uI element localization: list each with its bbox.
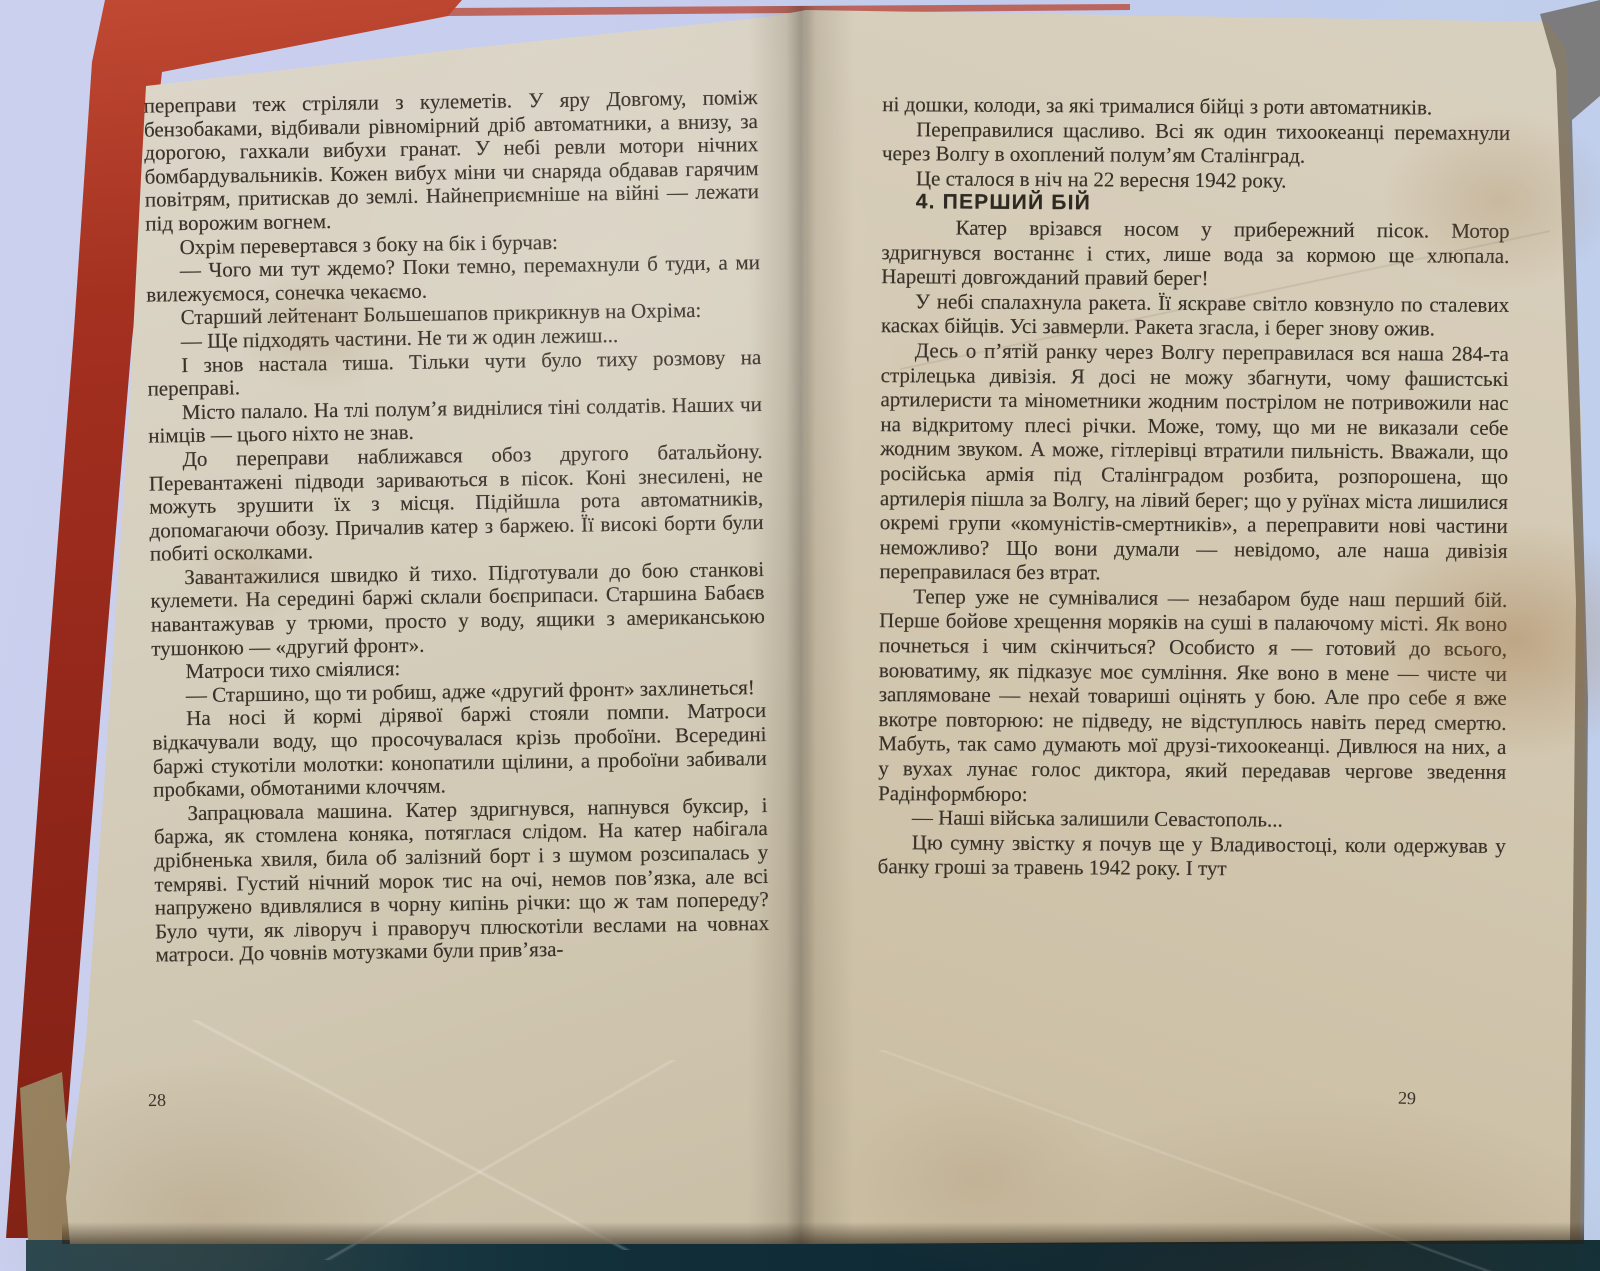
section-heading: 4. ПЕРШИЙ БІЙ bbox=[882, 190, 1510, 218]
left-page-text: переправи теж стріляли з кулеметів. У яр… bbox=[143, 86, 769, 967]
paragraph: Запрацювала машина. Катер здригнувся, на… bbox=[153, 794, 769, 968]
page-number-right: 29 bbox=[1398, 1088, 1417, 1110]
paragraph: Завантажилися швидко й тихо. Підготували… bbox=[150, 558, 765, 661]
paragraph: переправи теж стріляли з кулеметів. У яр… bbox=[143, 86, 759, 236]
paragraph: ні дошки, колоди, за які трималися бійці… bbox=[882, 92, 1510, 120]
paragraph: — Наші війська залишили Севастополь... bbox=[878, 805, 1506, 833]
paragraph: Переправилися щасливо. Всі як один тихоо… bbox=[882, 117, 1510, 170]
table-surface bbox=[26, 1240, 1600, 1271]
paragraph: Катер врізався носом у прибережний пісок… bbox=[881, 215, 1509, 293]
paragraph: Десь о п’ятій ранку через Волгу переправ… bbox=[879, 338, 1508, 588]
paragraph: Тепер уже не сумнівалися — незабаром буд… bbox=[878, 584, 1507, 809]
right-page-text-after-heading: Катер врізався носом у прибережний пісок… bbox=[878, 215, 1510, 883]
book-bottom-edge-shadow bbox=[62, 1222, 1584, 1244]
page-number-left: 28 bbox=[148, 1090, 166, 1111]
paragraph: У небі спалахнула ракета. Її яскраве сві… bbox=[881, 289, 1509, 342]
paragraph: Цю сумну звістку я почув ще у Владивосто… bbox=[878, 830, 1506, 883]
paragraph: На носі й кормі дірявої баржі стояли пом… bbox=[152, 699, 767, 802]
photo-backdrop: переправи теж стріляли з кулеметів. У яр… bbox=[0, 0, 1600, 1271]
right-page-text-before-heading: ні дошки, колоди, за які трималися бійці… bbox=[882, 92, 1511, 194]
right-page-text: ні дошки, колоди, за які трималися бійці… bbox=[878, 92, 1511, 883]
paragraph: До переправи наближався обоз другого бат… bbox=[148, 440, 764, 567]
